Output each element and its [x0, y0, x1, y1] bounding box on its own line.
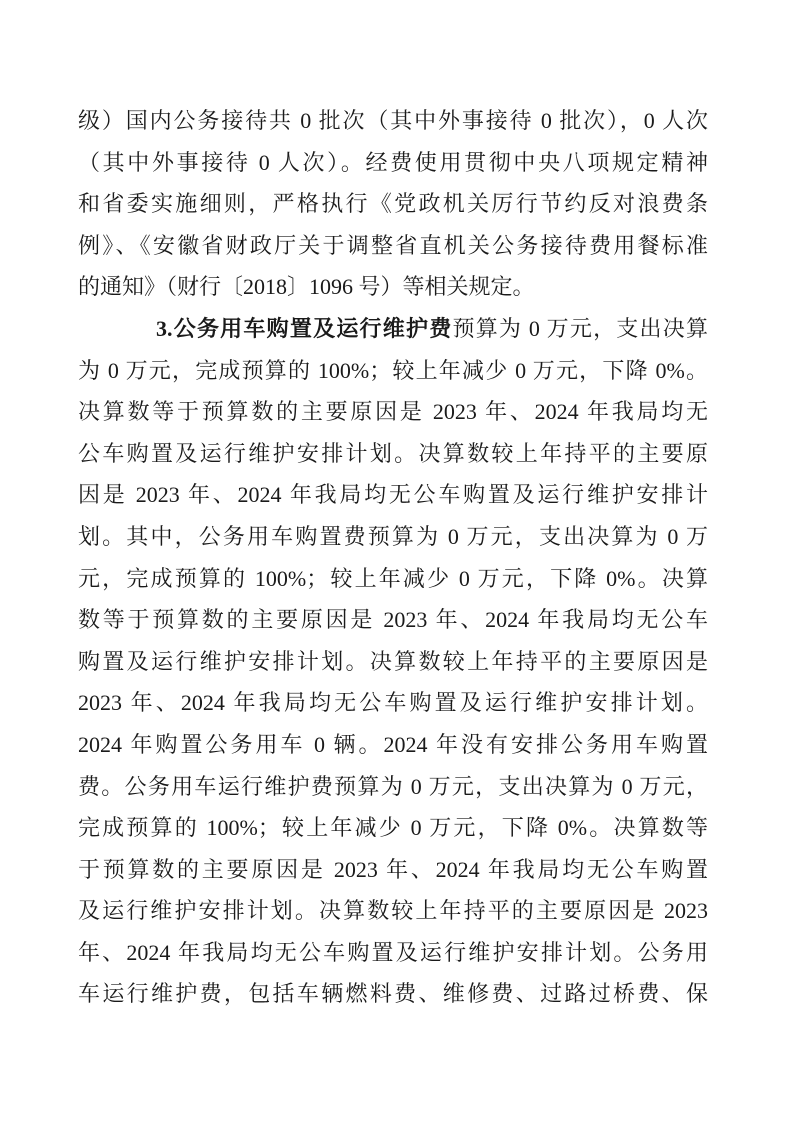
text-line: 的通知》（财行〔2018〕1096 号）等相关规定。: [78, 266, 708, 308]
text-line: 2023 年、2024 年我局均无公车购置及运行维护安排计划。: [78, 682, 708, 724]
text-line: 购置及运行维护安排计划。决算数较上年持平的主要原因是: [78, 641, 708, 683]
document-text-block: 级）国内公务接待共 0 批次（其中外事接待 0 批次），0 人次（其中外事接待 …: [78, 100, 708, 1015]
text-line: 公车购置及运行维护安排计划。决算数较上年持平的主要原: [78, 433, 708, 475]
text-line: （其中外事接待 0 人次）。经费使用贯彻中央八项规定精神: [78, 142, 708, 184]
text-line: 费。公务用车运行维护费预算为 0 万元，支出决算为 0 万元，: [78, 766, 708, 808]
text-line: 决算数等于预算数的主要原因是 2023 年、2024 年我局均无: [78, 391, 708, 433]
text-line: 为 0 万元，完成预算的 100%；较上年减少 0 万元，下降 0%。: [78, 350, 708, 392]
text-line: 例》、《安徽省财政厅关于调整省直机关公务接待费用餐标准: [78, 225, 708, 267]
official-reception-paragraph-continuation: 级）国内公务接待共 0 批次（其中外事接待 0 批次），0 人次（其中外事接待 …: [78, 100, 708, 308]
text-line: 因是 2023 年、2024 年我局均无公车购置及运行维护安排计: [78, 474, 708, 516]
text-line: 级）国内公务接待共 0 批次（其中外事接待 0 批次），0 人次: [78, 100, 708, 142]
text-line: 车运行维护费，包括车辆燃料费、维修费、过路过桥费、保: [78, 973, 708, 1015]
text-line: 2024 年购置公务用车 0 辆。2024 年没有安排公务用车购置: [78, 724, 708, 766]
section-heading: 3.公务用车购置及运行维护费: [156, 316, 452, 341]
text-line: 3.公务用车购置及运行维护费预算为 0 万元，支出决算: [78, 308, 708, 350]
text-line: 年、2024 年我局均无公车购置及运行维护安排计划。公务用: [78, 932, 708, 974]
text-line: 于预算数的主要原因是 2023 年、2024 年我局均无公车购置: [78, 849, 708, 891]
text-line: 完成预算的 100%；较上年减少 0 万元，下降 0%。决算数等: [78, 807, 708, 849]
document-page: 级）国内公务接待共 0 批次（其中外事接待 0 批次），0 人次（其中外事接待 …: [0, 0, 793, 1122]
vehicle-purchase-and-maintenance-paragraph: 3.公务用车购置及运行维护费预算为 0 万元，支出决算为 0 万元，完成预算的 …: [78, 308, 708, 1015]
text-line: 及运行维护安排计划。决算数较上年持平的主要原因是 2023: [78, 890, 708, 932]
text-line: 数等于预算数的主要原因是 2023 年、2024 年我局均无公车: [78, 599, 708, 641]
text-line: 元，完成预算的 100%；较上年减少 0 万元，下降 0%。决算: [78, 558, 708, 600]
text-line: 和省委实施细则，严格执行《党政机关厉行节约反对浪费条: [78, 183, 708, 225]
text-line: 划。其中，公务用车购置费预算为 0 万元，支出决算为 0 万: [78, 516, 708, 558]
